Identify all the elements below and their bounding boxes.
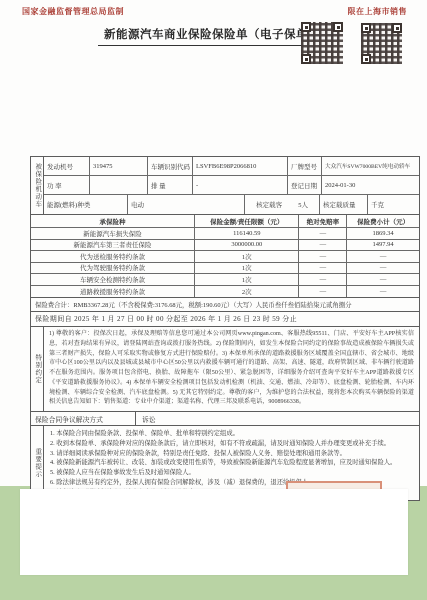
- vehicle-row-3: 能源(燃料)种类 电动 核定载客 5人 核定载质量 千克: [44, 195, 419, 214]
- coverage-header-premium: 保险费小计（元）: [347, 215, 419, 227]
- qr-code-right: [361, 23, 402, 64]
- vin-value: LSVFB6E98P2066810: [193, 157, 288, 175]
- dispute-value: 诉讼: [136, 412, 419, 425]
- qr-finder-icon: [301, 22, 311, 32]
- dispute-label: 保险合同争议解决方式: [31, 412, 136, 425]
- notice-item: 2. 收到本保险单、承保险种对应的保险条款后，请立即核对，如有不符或疏漏，请及时…: [50, 439, 413, 449]
- coverage-amount: 116140.59: [195, 228, 299, 239]
- notice-item: 3. 请详细阅读承保险种对应的保险条款，特别是责任免除、投保人被保险人义务、赔偿…: [50, 449, 413, 459]
- coverage-row: 车辆安全检测特约条款 1次 — —: [31, 274, 419, 286]
- coverage-deductible: —: [299, 263, 347, 274]
- special-terms-text: 1) 尊敬的客户：投保次日起，承保及理赔等信息您可通过本公司网页www.ping…: [44, 327, 419, 411]
- coverage-deductible: —: [299, 251, 347, 262]
- engine-no-label: 发动机号: [44, 157, 90, 175]
- coverage-row: 代为驾驶服务特约条款 1次 — —: [31, 263, 419, 275]
- coverage-amount: 1次: [195, 274, 299, 285]
- coverage-type: 代为送检服务特约条款: [31, 251, 195, 262]
- notice-item: 5. 被保险人应当在保险事故发生后及时通知保险人。: [50, 468, 413, 478]
- displacement-value: -: [193, 176, 288, 194]
- bottom-blank-panel: [20, 489, 408, 575]
- coverage-type: 新能源汽车损失保险: [31, 228, 195, 239]
- coverage-premium: —: [347, 286, 419, 298]
- seats-label: 核定载客: [256, 200, 282, 209]
- coverage-header-amount: 保险金额/责任限额（元）: [195, 215, 299, 227]
- qr-finder-icon: [301, 54, 311, 64]
- qr-finder-icon: [361, 23, 371, 33]
- coverage-header-deductible: 绝对免赔率: [299, 215, 347, 227]
- energy-label: 能源(燃料)种类: [44, 195, 128, 214]
- power-value: [90, 176, 148, 194]
- vin-label: 车辆识别代码: [148, 157, 193, 175]
- power-label: 功 率: [44, 176, 90, 194]
- dispute-resolution-row: 保险合同争议解决方式 诉讼: [31, 412, 419, 426]
- page-title: 新能源汽车商业保险保险单（电子保单）: [98, 26, 326, 46]
- load-label: 核定载质量: [320, 195, 368, 214]
- coverage-deductible: —: [299, 286, 347, 298]
- vehicle-row-1: 发动机号 319475 车辆识别代码 LSVFB6E98P2066810 厂牌型…: [44, 157, 419, 176]
- policy-document-page: { "colors": { "accent_red": "#a93b32", "…: [0, 0, 427, 600]
- energy-value: 电动: [128, 195, 245, 214]
- coverage-amount: 2次: [195, 286, 299, 298]
- brand-label: 厂牌型号: [288, 157, 322, 175]
- brand-value: 大众汽车SVW7000BEV纯电动轿车: [322, 157, 419, 175]
- vehicle-section: 被保险机动车 发动机号 319475 车辆识别代码 LSVFB6E98P2066…: [31, 157, 419, 215]
- seats-cell: 核定载客 5人: [245, 195, 320, 214]
- notice-item: 4. 被保险新能源汽车被转让、改装、加装或改变使用性质等，导致被保险新能源汽车危…: [50, 458, 413, 468]
- coverage-type: 道路救援服务特约条款: [31, 286, 195, 298]
- coverage-premium: —: [347, 251, 419, 262]
- policy-period-text: 保险期间自 2025 年 1 月 27 日 00 时 00 分起至 2026 年…: [35, 314, 297, 324]
- coverage-deductible: —: [299, 240, 347, 251]
- qr-finder-icon: [361, 54, 371, 64]
- special-terms-section: 特别约定 1) 尊敬的客户：投保次日起，承保及理赔等信息您可通过本公司网页www…: [31, 327, 419, 412]
- coverage-amount: 1次: [195, 263, 299, 274]
- premium-total-text: 保险费合计：RMB3367.28元（不含税保费:3176.68元，税额:190.…: [35, 300, 352, 309]
- coverage-premium: 1869.34: [347, 228, 419, 239]
- vehicle-section-label: 被保险机动车: [31, 157, 44, 214]
- register-date-label: 登记日期: [288, 176, 322, 194]
- coverage-header-type: 承保险种: [31, 215, 195, 227]
- policy-document: 国家金融监督管理总局监制 限在上海市销售 新能源汽车商业保险保险单（电子保单） …: [0, 0, 427, 486]
- notice-item: 1. 本保险合同由保险条款、投保单、保险单、批单和特别约定组成。: [50, 429, 413, 439]
- coverage-deductible: —: [299, 228, 347, 239]
- coverage-row: 新能源汽车损失保险 116140.59 — 1869.34: [31, 228, 419, 240]
- coverage-type: 代为驾驶服务特约条款: [31, 263, 195, 274]
- vehicle-row-2: 功 率 排 量 - 登记日期 2024-01-30: [44, 176, 419, 195]
- coverage-header-row: 承保险种 保险金额/责任限额（元） 绝对免赔率 保险费小计（元）: [31, 215, 419, 228]
- coverage-amount: 3000000.00: [195, 240, 299, 251]
- load-value: 千克: [368, 195, 419, 214]
- special-terms-label: 特别约定: [31, 327, 44, 411]
- qr-finder-icon: [392, 23, 402, 33]
- policy-period-row: 保险期间自 2025 年 1 月 27 日 00 时 00 分起至 2026 年…: [31, 312, 419, 327]
- coverage-premium: —: [347, 263, 419, 274]
- coverage-deductible: —: [299, 274, 347, 285]
- displacement-label: 排 量: [148, 176, 193, 194]
- qr-code-left: [301, 22, 343, 64]
- coverage-premium: —: [347, 274, 419, 285]
- premium-total-row: 保险费合计：RMB3367.28元（不含税保费:3176.68元，税额:190.…: [31, 298, 419, 312]
- qr-finder-icon: [333, 22, 343, 32]
- coverage-row: 道路救援服务特约条款 2次 — —: [31, 286, 419, 298]
- seats-value: 5人: [298, 200, 308, 209]
- coverage-amount: 1次: [195, 251, 299, 262]
- coverage-row: 新能源汽车第三者责任保险 3000000.00 — 1497.94: [31, 240, 419, 252]
- policy-table: 被保险机动车 发动机号 319475 车辆识别代码 LSVFB6E98P2066…: [30, 156, 420, 501]
- engine-no-value: 319475: [90, 157, 148, 175]
- register-date-value: 2024-01-30: [322, 176, 419, 194]
- region-restriction-text: 限在上海市销售: [348, 6, 408, 17]
- coverage-type: 新能源汽车第三者责任保险: [31, 240, 195, 251]
- coverage-row: 代为送检服务特约条款 1次 — —: [31, 251, 419, 263]
- coverage-type: 车辆安全检测特约条款: [31, 274, 195, 285]
- supervisor-text: 国家金融监督管理总局监制: [22, 6, 124, 17]
- coverage-premium: 1497.94: [347, 240, 419, 251]
- coverage-section: 承保险种 保险金额/责任限额（元） 绝对免赔率 保险费小计（元） 新能源汽车损失…: [31, 215, 419, 298]
